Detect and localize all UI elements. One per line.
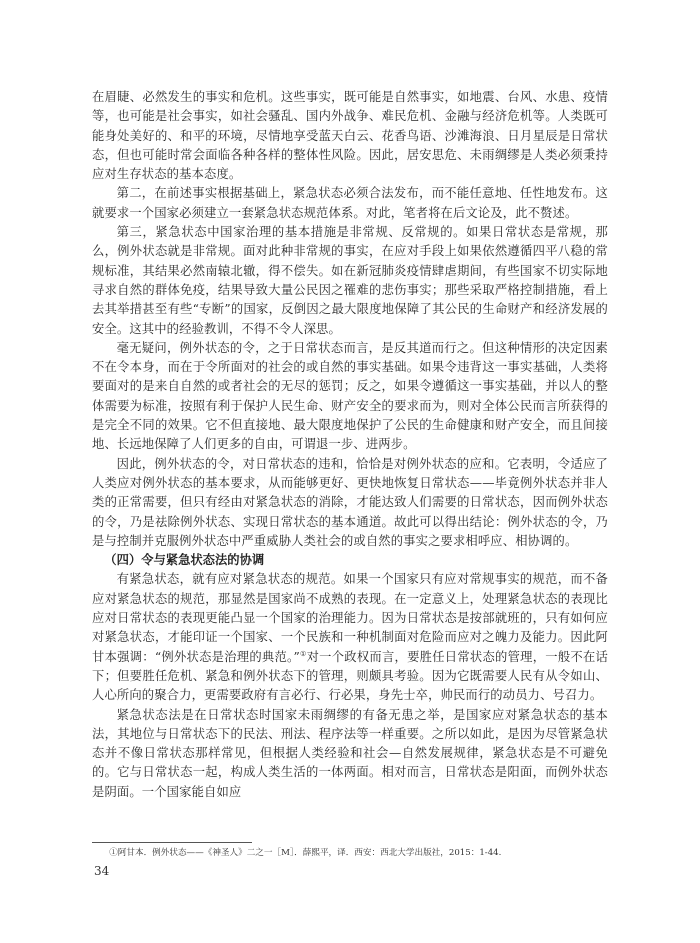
paragraph-third-point: 第三，紧急状态中国家治理的基本措施是非常规、反常规的。如果日常状态是常规，那么，… bbox=[92, 223, 608, 339]
footnote-marker: ① bbox=[109, 848, 118, 858]
paragraph-exception-order: 毫无疑问，例外状态的令，之于日常状态而言，是反其道而行之。但这种情形的决定因素不… bbox=[92, 339, 608, 455]
paragraph-continuation: 在眉睫、必然发生的事实和危机。这些事实，既可能是自然事实，如地震、台风、水患、疫… bbox=[92, 88, 608, 184]
footnote-reference[interactable]: ① bbox=[300, 650, 307, 658]
paragraph-conclusion: 因此，例外状态的令，对日常状态的违和，恰恰是对例外状态的应和。它表明，令适应了人… bbox=[92, 455, 608, 551]
paragraph-second-point: 第二，在前述事实根据基础上，紧急状态必须合法发布，而不能任意地、任性地发布。这就… bbox=[92, 184, 608, 223]
page-number: 34 bbox=[94, 864, 109, 878]
footnote-divider bbox=[92, 842, 252, 843]
page-body: 在眉睫、必然发生的事实和危机。这些事实，既可能是自然事实，如地震、台风、水患、疫… bbox=[92, 88, 608, 802]
footnote: ①阿甘本．例外状态——《神圣人》二之一［M］．薛熙平，译．西安：西北大学出版社，… bbox=[92, 847, 608, 860]
footnote-text: 阿甘本．例外状态——《神圣人》二之一［M］．薛熙平，译．西安：西北大学出版社，2… bbox=[118, 848, 502, 858]
paragraph-emergency-norms: 有紧急状态，就有应对紧急状态的规范。如果一个国家只有应对常规事实的规范，而不备应… bbox=[92, 570, 608, 705]
section-heading: （四）令与紧急状态法的协调 bbox=[92, 551, 608, 570]
paragraph-emergency-law: 紧急状态法是在日常状态时国家未雨绸缪的有备无患之举，是国家应对紧急状态的基本法，… bbox=[92, 706, 608, 802]
